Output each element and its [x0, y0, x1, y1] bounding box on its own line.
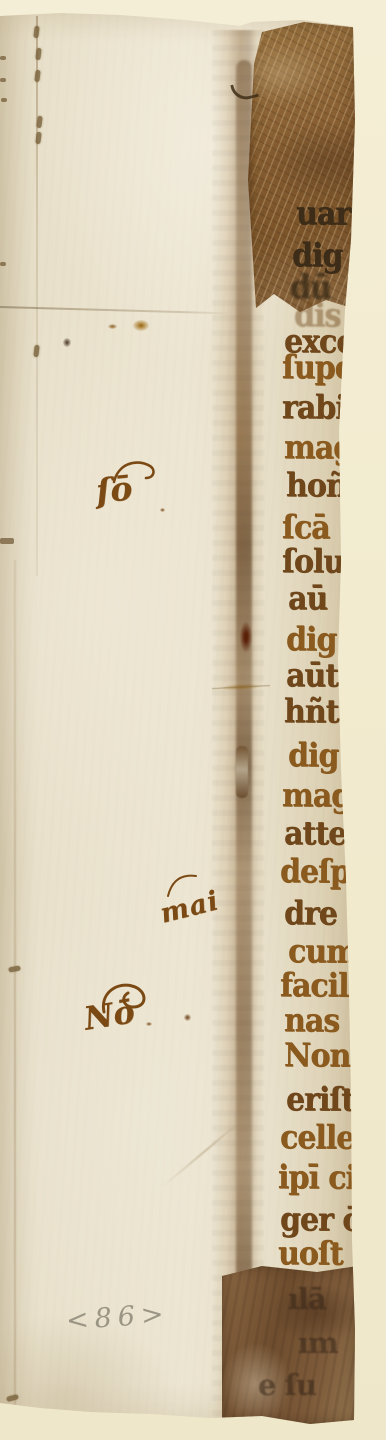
spine-fold-core-stain [236, 60, 252, 1410]
amber-stain-small [108, 324, 117, 329]
ink-dash [146, 1022, 152, 1026]
amber-stain [133, 320, 149, 331]
nota-mark-lower: Nō [81, 992, 137, 1037]
parchment-fragment: uar dig dū dis exce ſupe rabi mag hoñ ſc… [0, 0, 360, 1440]
lower-left-crease [14, 560, 16, 1405]
band-text-line: e ſu [258, 1368, 316, 1402]
edge-nick [0, 262, 6, 266]
nota-mark-upper: ſō [94, 468, 133, 510]
ink-dot [184, 1014, 191, 1021]
edge-nick [0, 56, 6, 60]
ink-dot-small [160, 508, 165, 512]
red-stain-blob [240, 622, 252, 652]
edge-nick [0, 538, 14, 544]
sewing-seam-crease [36, 16, 38, 576]
band-text-line: ım [298, 1326, 338, 1360]
edge-nick [0, 78, 6, 82]
dark-speck [63, 338, 71, 347]
edge-nick [1, 98, 7, 102]
lifting-flake [236, 746, 248, 798]
band-text-line: ılā [288, 1282, 326, 1316]
